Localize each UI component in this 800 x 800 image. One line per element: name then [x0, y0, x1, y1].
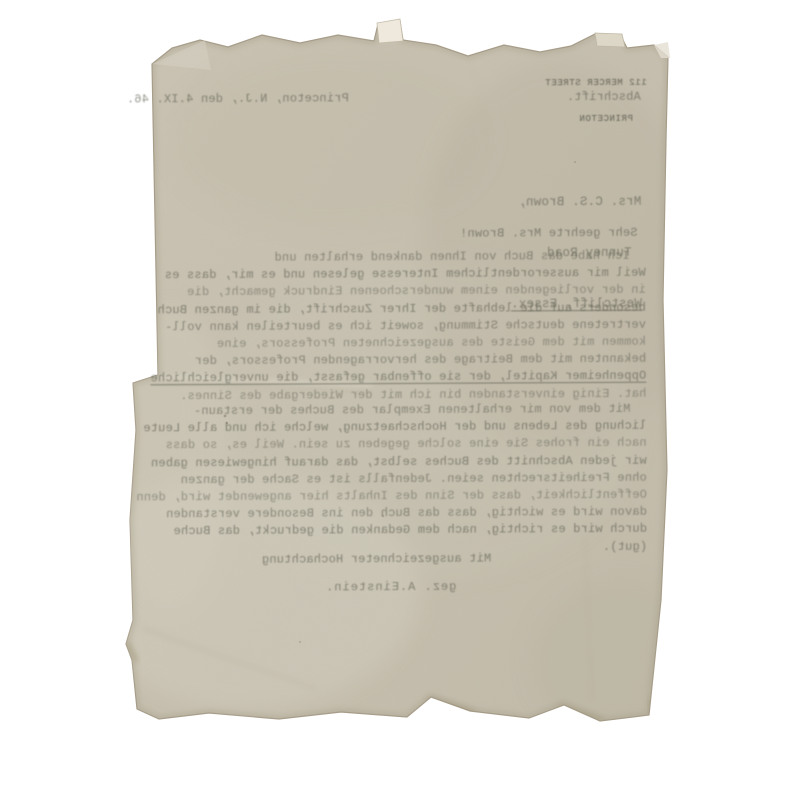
- paragraph-1-line: Ich habe das Buch von Ihnen dankend erha…: [150, 248, 646, 268]
- stamp-line-1: 112 MERCER STREET: [545, 77, 647, 90]
- typed-signature: gez. A.Einstein.: [325, 579, 456, 597]
- paragraph-2-last-word: (gut).: [603, 539, 648, 556]
- paragraph-2-line: durch wird es richtig, nach dem Gedanken…: [136, 521, 647, 541]
- letter-text-mirrored: 112 MERCER STREET PRINCETON Abschrift. P…: [149, 45, 652, 618]
- paragraph-2-line: davon wird es wichtig, dass das Buch den…: [136, 504, 647, 524]
- reference-date-line: Abschrift. Princeton, N.J., den 4.IX. 46…: [153, 89, 649, 160]
- paragraph-1-line: in der vorliegenden einem wunderschoenen…: [150, 282, 646, 302]
- address-name: Mrs. C.S. Brown,: [510, 194, 641, 212]
- photo-of-letter: 112 MERCER STREET PRINCETON Abschrift. P…: [0, 0, 800, 800]
- paragraph-2-line: Mit dem von mir erhaltenen Exemplar des …: [136, 401, 647, 421]
- date-line: Princeton, N.J., den 4.IX. 46.: [127, 90, 349, 108]
- paragraph-1: Ich habe das Buch von Ihnen dankend erha…: [150, 248, 647, 405]
- paragraph-2: Mit dem von mir erhaltenen Exemplar des …: [136, 401, 647, 541]
- paragraph-1-line: bekannten mit dem Beitrage des hervorrag…: [150, 351, 646, 371]
- reference-label: Abschrift.: [567, 89, 641, 107]
- paragraph-2-line: nach ein frohes Sie eine solche gegeben …: [136, 435, 647, 455]
- closing-formula: Mit ausgezeichneter Hochachtung: [262, 551, 492, 569]
- salutation: Sehr geehrte Mrs. Brown!: [460, 225, 638, 243]
